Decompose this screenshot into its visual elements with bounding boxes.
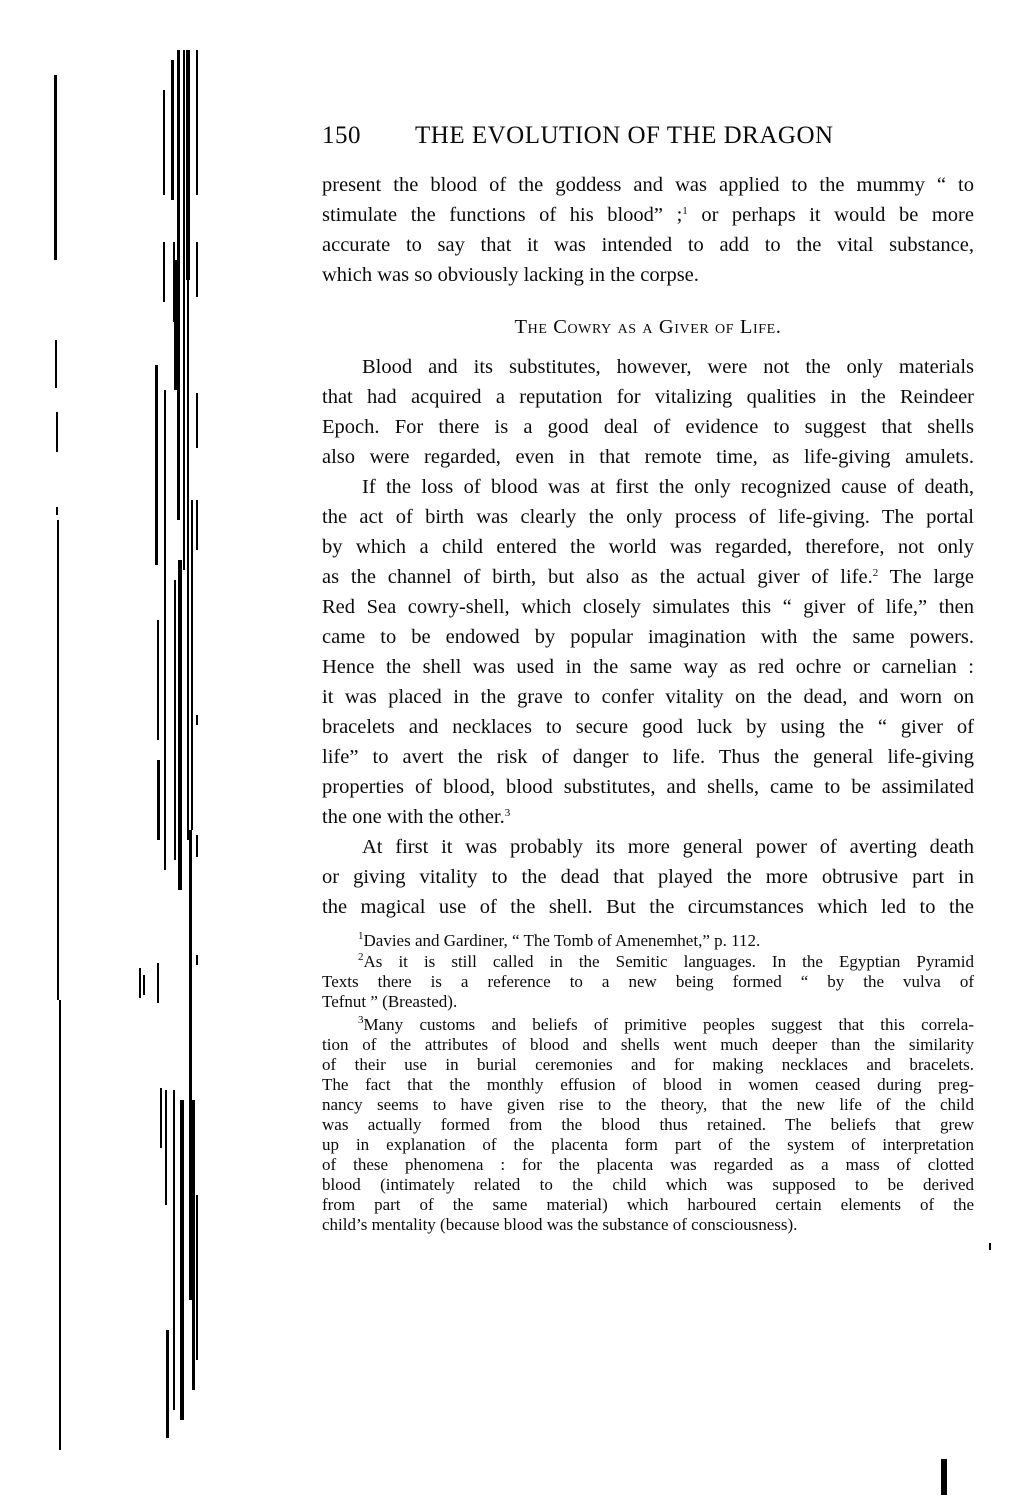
body-line: Hence the shell was used in the same way… (322, 652, 974, 682)
scan-mark (941, 1459, 947, 1495)
body-line: the magical use of the shell. But the ci… (322, 892, 974, 922)
running-head: 150THE EVOLUTION OF THE DRAGON (322, 122, 834, 156)
footnote-line: nancy seems to have given rise to the th… (322, 1095, 974, 1114)
body-line: accurate to say that it was intended to … (322, 230, 974, 260)
body-line: which was so obviously lacking in the co… (322, 260, 974, 290)
book-title: THE EVOLUTION OF THE DRAGON (415, 122, 834, 149)
body-line: life” to avert the risk of danger to lif… (322, 742, 974, 772)
scan-gutter-artifacts (0, 0, 260, 1504)
footnote-line: of these phenomena : for the placenta wa… (322, 1155, 974, 1174)
body-line: came to be endowed by popular imaginatio… (322, 622, 974, 652)
body-line: by which a child entered the world was r… (322, 532, 974, 562)
body-line: properties of blood, blood substitutes, … (322, 772, 974, 802)
footnote-line: up in explanation of the placenta form p… (322, 1135, 974, 1154)
body-line: as the channel of birth, but also as the… (322, 562, 974, 592)
footnote-3: 3Many customs and beliefs of primitive p… (358, 1015, 974, 1034)
footnote-line: Texts there is a reference to a new bein… (322, 972, 974, 991)
body-line: At first it was probably its more genera… (362, 832, 974, 862)
body-line: Blood and its substitutes, however, were… (362, 352, 974, 382)
footnote-line: was actually formed from the blood thus … (322, 1115, 974, 1134)
body-line: the act of birth was clearly the only pr… (322, 502, 974, 532)
footnote-line: blood (intimately related to the child w… (322, 1175, 974, 1194)
footnote-line: tion of the attributes of blood and shel… (322, 1035, 974, 1054)
body-line: that had acquired a reputation for vital… (322, 382, 974, 412)
page-number: 150 (322, 122, 415, 150)
footnote-ref[interactable]: 3 (505, 807, 511, 819)
body-line: or giving vitality to the dead that play… (322, 862, 974, 892)
body-line: Epoch. For there is a good deal of evide… (322, 412, 974, 442)
body-line: also were regarded, even in that remote … (322, 442, 974, 472)
body-line: Red Sea cowry-shell, which closely simul… (322, 592, 974, 622)
footnote-line: of their use in burial ceremonies and fo… (322, 1055, 974, 1074)
footnote-line: The fact that the monthly effusion of bl… (322, 1075, 974, 1094)
section-heading: The Cowry as a Giver of Life. (322, 312, 974, 342)
body-line: bracelets and necklaces to secure good l… (322, 712, 974, 742)
body-line: it was placed in the grave to confer vit… (322, 682, 974, 712)
footnote-1: 1Davies and Gardiner, “ The Tomb of Amen… (358, 931, 974, 950)
footnote-2: 2As it is still called in the Semitic la… (358, 952, 974, 971)
body-line: stimulate the functions of his blood” ;1… (322, 200, 974, 230)
footnote-line: child’s mentality (because blood was the… (322, 1215, 974, 1234)
book-page: 150THE EVOLUTION OF THE DRAGON present t… (0, 0, 1029, 1504)
footnote-line: Tefnut ” (Breasted). (322, 992, 974, 1011)
footnote-line: from part of the same material) which ha… (322, 1195, 974, 1214)
scan-speck (989, 1243, 991, 1250)
body-line: present the blood of the goddess and was… (322, 170, 974, 200)
body-line: If the loss of blood was at first the on… (362, 472, 974, 502)
body-line: the one with the other.3 (322, 802, 974, 832)
